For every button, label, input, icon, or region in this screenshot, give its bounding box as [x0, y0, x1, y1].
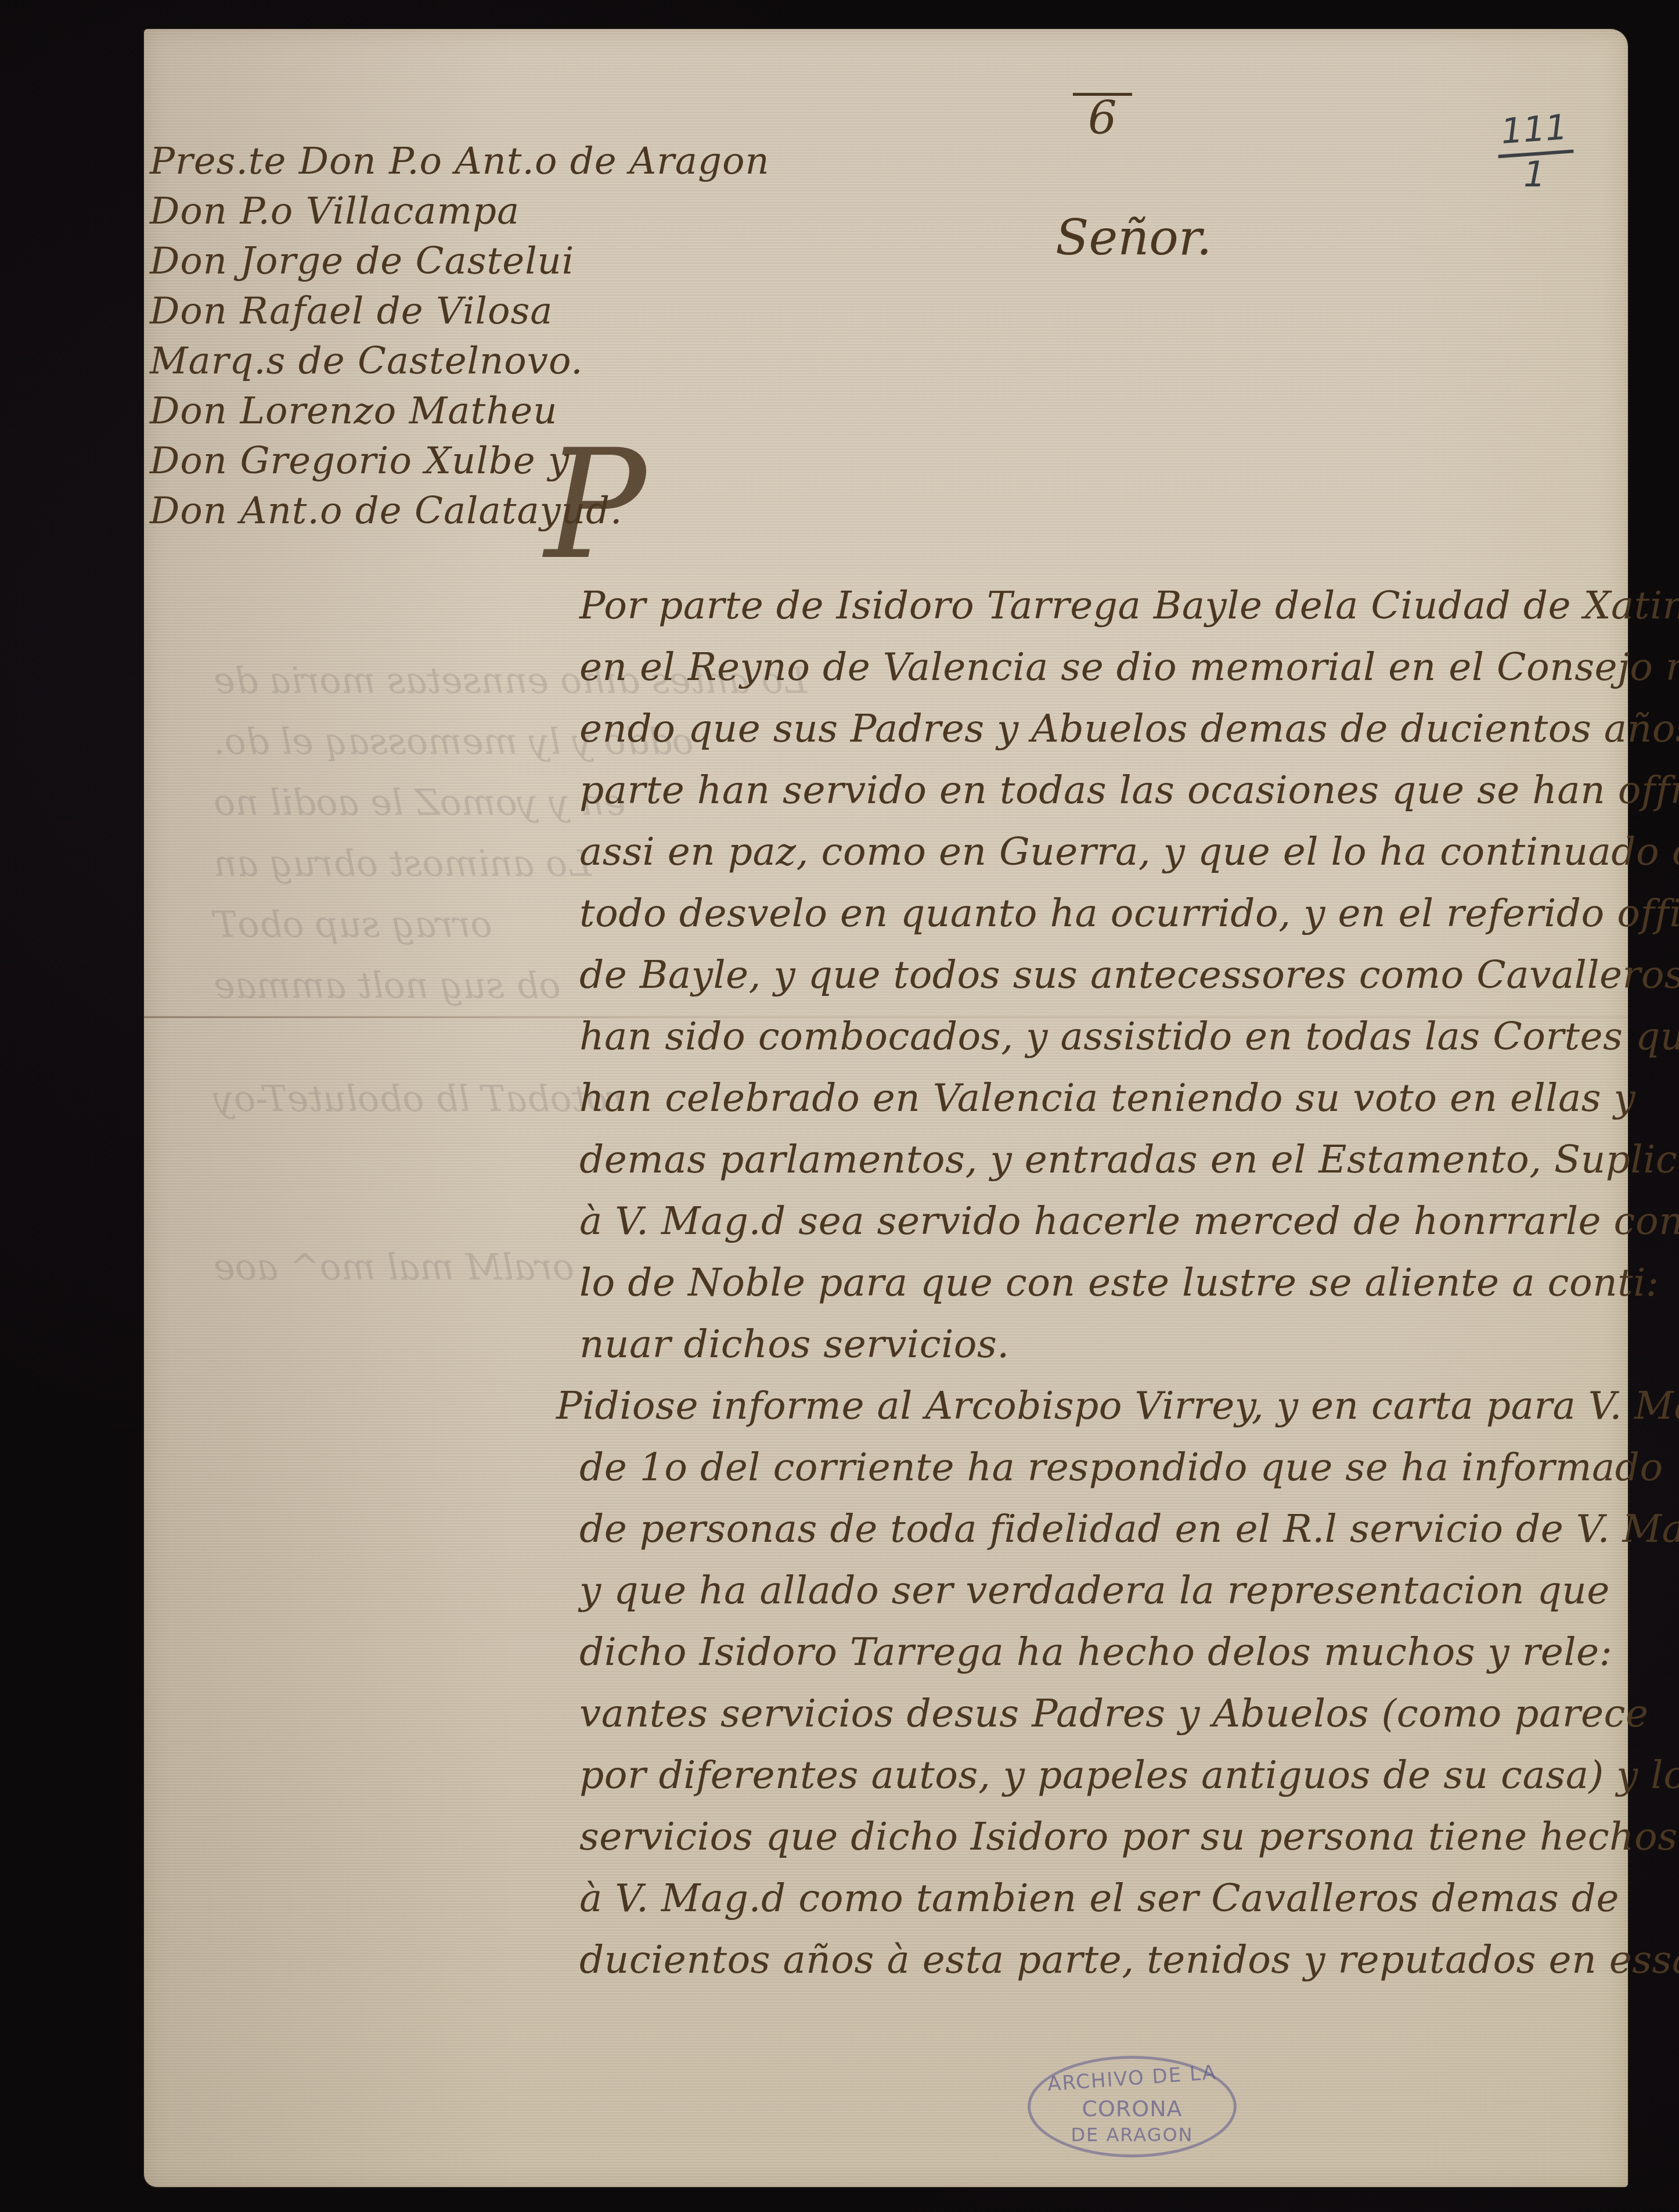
body-line: de 1o del corriente ha respondido que se…	[579, 1437, 1619, 1498]
body-line: todo desvelo en quanto ha ocurrido, y en…	[579, 883, 1619, 944]
manuscript-sheet: Lo antes diho ennsetas moria de oddo y l…	[144, 29, 1628, 2187]
archive-stamp: ARCHIVO DE LA CORONA DE ARAGON	[1028, 2056, 1237, 2157]
document-body: P Por parte de Isidoro Tarrega Bayle del…	[579, 575, 1619, 1991]
archive-foliation: 111 1	[1497, 110, 1572, 194]
body-line: assi en paz, como en Guerra, y que el lo…	[579, 821, 1619, 883]
bleed-through-text: orrag sup oboT	[214, 894, 492, 955]
bleed-through-text: en y yomoZ le aodil no	[214, 772, 625, 833]
attendee-name: Pres.te Don P.o Ant.o de Aragon	[150, 136, 637, 186]
body-line: han sido combocados, y assistido en toda…	[579, 1006, 1619, 1067]
body-line: y que ha allado ser verdadera la represe…	[579, 1560, 1619, 1621]
body-line: de Bayle, y que todos sus antecessores c…	[579, 944, 1619, 1006]
body-line: han celebrado en Valencia teniendo su vo…	[579, 1067, 1619, 1129]
body-line-text: Por parte de Isidoro Tarrega Bayle dela …	[579, 583, 1679, 628]
body-line: servicios que dicho Isidoro por su perso…	[579, 1806, 1619, 1868]
body-line: demas parlamentos, y entradas en el Esta…	[579, 1129, 1619, 1190]
body-line: ducientos años à esta parte, tenidos y r…	[579, 1929, 1619, 1991]
body-line: lo de Noble para que con este lustre se …	[579, 1252, 1619, 1314]
stamp-line-3: DE ARAGON	[1031, 2124, 1234, 2146]
drop-cap: P	[545, 430, 646, 581]
ink-folio-mark: 6	[1073, 87, 1132, 141]
body-line: à V. Mag.d como tambien el ser Cavallero…	[579, 1868, 1619, 1929]
attendee-name: Don P.o Villacampa	[150, 186, 637, 236]
body-line: vantes servicios desus Padres y Abuelos …	[579, 1683, 1619, 1745]
body-line: parte han servido en todas las ocasiones…	[579, 760, 1619, 821]
attendee-name: Don Jorge de Castelui	[150, 236, 637, 286]
body-line: à V. Mag.d sea servido hacerle merced de…	[579, 1190, 1619, 1252]
attendee-name: Marq.s de Castelnovo.	[150, 336, 637, 386]
stamp-line-2: CORONA	[1031, 2096, 1234, 2121]
folio-numerator: 111	[1495, 108, 1573, 159]
body-line: nuar dichos servicios.	[579, 1314, 1619, 1375]
bleed-through-text: Lo animost obrug an	[214, 833, 591, 894]
bleed-through-text: oralM mal mo^ aoe	[214, 1237, 574, 1297]
body-line: endo que sus Padres y Abuelos demas de d…	[579, 698, 1619, 760]
folio-mark-number: 6	[1073, 93, 1132, 141]
bleed-through-text: ob sug nolt ammae	[214, 955, 561, 1016]
bleed-through-text: rotobaT lb oboluteT-oy	[214, 1069, 625, 1129]
body-line: en el Reyno de Valencia se dio memorial …	[579, 636, 1619, 698]
body-line: dicho Isidoro Tarrega ha hecho delos muc…	[579, 1621, 1619, 1683]
body-line: P Por parte de Isidoro Tarrega Bayle del…	[579, 575, 1619, 636]
body-line: de personas de toda fidelidad en el R.l …	[579, 1498, 1619, 1560]
body-line: Pidiose informe al Arcobispo Virrey, y e…	[556, 1375, 1619, 1437]
salutation: Señor.	[1055, 209, 1212, 266]
attendee-name: Don Rafael de Vilosa	[150, 286, 637, 336]
folio-denominator: 1	[1497, 156, 1572, 194]
body-line: por diferentes autos, y papeles antiguos…	[579, 1745, 1619, 1806]
